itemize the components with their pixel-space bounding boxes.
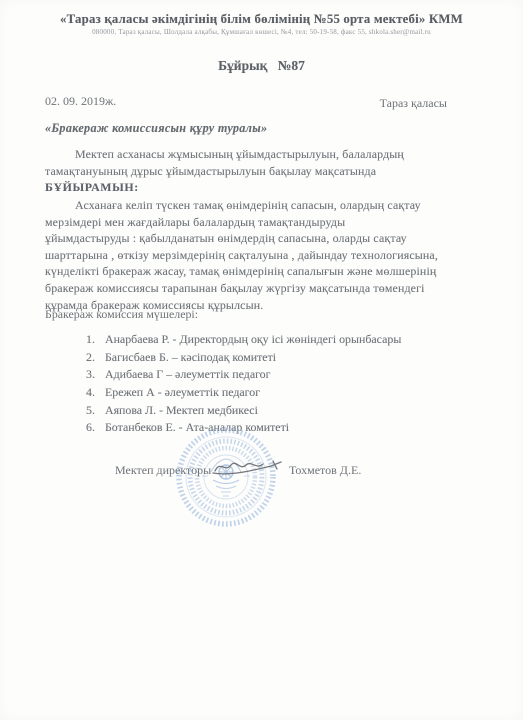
member-number: 5. [86, 402, 102, 420]
order-date: 02. 09. 2019ж. [45, 94, 116, 109]
preamble-line: тамақтануының дұрыс ұйымдастырылуын бақы… [45, 163, 475, 180]
member-row: 2. Багисбаев Б. – кәсіподақ комитеті [86, 349, 401, 367]
order-subject: «Бракераж комиссиясын құру туралы» [45, 121, 267, 136]
member-number: 3. [86, 366, 102, 384]
member-number: 4. [86, 384, 102, 402]
member-row: 1. Анарбаева Р. - Директордың оқу ісі жө… [86, 331, 401, 349]
org-name: «Тараз қаласы әкімдігінің білім бөліміні… [0, 12, 523, 27]
body-line: Асханаға келіп түскен тамақ өнімдерінің … [45, 197, 475, 214]
member-number: 6. [86, 419, 102, 437]
member-text: Ережеп А - әлеуметтік педагог [105, 385, 260, 399]
signature-label: Мектеп директоры [115, 463, 211, 478]
member-row: 4. Ережеп А - әлеуметтік педагог [86, 384, 401, 402]
member-text: Аяпова Л. - Мектеп медбикесі [105, 403, 258, 417]
member-text: Анарбаева Р. - Директордың оқу ісі жөнін… [105, 332, 401, 346]
preamble-line: Мектеп асханасы жұмысының ұйымдастырылуы… [45, 146, 475, 163]
signature-scribble-icon [211, 455, 285, 479]
member-text: Багисбаев Б. – кәсіподақ комитеті [105, 350, 276, 364]
directive-keyword: БҰЙЫРАМЫН: [45, 179, 475, 196]
body-line: күнделікті бракераж жасау, тамақ өнімдер… [45, 263, 475, 280]
member-row: 3. Адибаева Г – әлеуметтік педагог [86, 366, 401, 384]
member-number: 2. [86, 349, 102, 367]
body-paragraph: Асханаға келіп түскен тамақ өнімдерінің … [45, 197, 475, 313]
body-line: шарттарына , өткізу мерзімдерінің сақтал… [45, 247, 475, 264]
member-number: 1. [86, 331, 102, 349]
body-line: ұйымдастыруды : қабылданатын өнімдердің … [45, 230, 475, 247]
body-line: мерзімдері мен жағдайлары балалардың там… [45, 214, 475, 231]
members-list: 1. Анарбаева Р. - Директордың оқу ісі жө… [86, 331, 401, 437]
org-address: 080000, Тараз қаласы, Шолдала алқабы, Құ… [0, 28, 523, 36]
body-line: бракераж комиссиясы тарапынан бақылау жү… [45, 280, 475, 297]
member-text: Адибаева Г – әлеуметтік педагог [105, 367, 271, 381]
order-title: Бұйрық №87 [0, 58, 523, 74]
order-city: Тараз қаласы [380, 96, 447, 111]
preamble-paragraph: Мектеп асханасы жұмысының ұйымдастырылуы… [45, 146, 475, 196]
document-page: «Тараз қаласы әкімдігінің білім бөліміні… [0, 0, 523, 720]
member-row: 5. Аяпова Л. - Мектеп медбикесі [86, 402, 401, 420]
signature-name: Тохметов Д.Е. [289, 463, 361, 478]
members-heading: Бракераж комиссия мүшелері: [45, 307, 198, 322]
